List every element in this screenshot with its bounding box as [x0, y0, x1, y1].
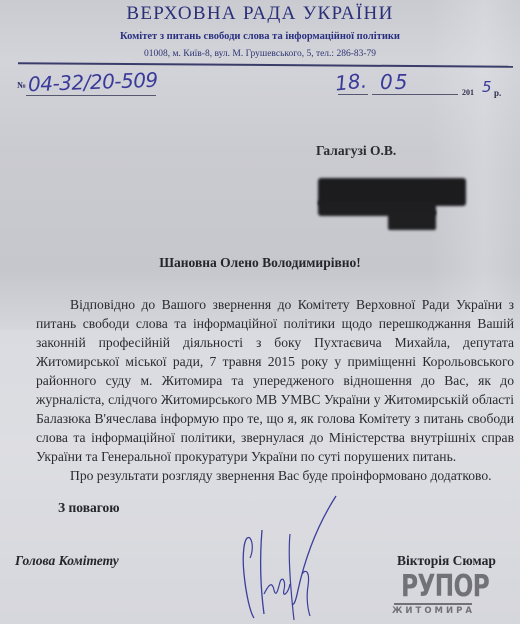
body-paragraph-1: Відповідно до Вашого звернення до Коміте… — [36, 295, 514, 466]
salutation: Шановна Олено Володимирівно! — [0, 255, 520, 271]
date-month-underline — [372, 94, 458, 95]
signer-name: Вікторія Сюмар — [397, 553, 496, 569]
registration-number: 04-32/20-509 — [28, 68, 158, 97]
letterhead-committee: Комітет з питань свободи слова та інформ… — [0, 31, 520, 42]
watermark-sub: ЖИТОМИРА — [392, 606, 474, 616]
year-prefix: 201 — [462, 88, 474, 97]
addressee-name: Галагузі О.В. — [316, 143, 396, 159]
registration-underline — [26, 95, 156, 96]
date-day: 18. — [334, 68, 368, 95]
redacted-address-line3 — [388, 210, 436, 230]
letterhead-title: ВЕРХОВНА РАДА УКРАЇНИ — [0, 3, 520, 25]
handwritten-signature — [236, 494, 346, 622]
watermark-logo: РУПОР ЖИТОМИРА — [392, 572, 474, 616]
date-month: 05 — [380, 70, 409, 94]
watermark-main: РУПОР — [401, 572, 465, 602]
letterhead-address: 01008, м. Київ-8, вул. М. Грушевського, … — [0, 49, 520, 59]
year-suffix: 5 — [482, 78, 492, 96]
letter-body: Відповідно до Вашого звернення до Коміте… — [36, 295, 514, 485]
signer-position: Голова Комітету — [15, 553, 119, 569]
date-day-underline — [338, 94, 368, 95]
year-abbrev: р. — [494, 88, 501, 98]
registration-number-prefix: № — [17, 80, 26, 90]
body-paragraph-2: Про результати розгляду звернення Вас бу… — [36, 466, 514, 485]
closing: З повагою — [58, 500, 120, 516]
